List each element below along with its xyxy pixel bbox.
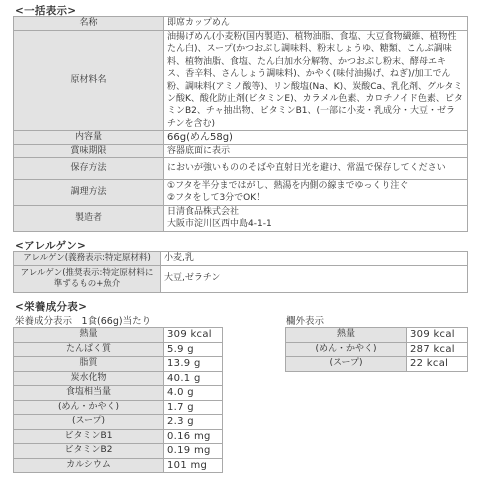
table-row: アレルゲン(推奨表示:特定原材料に準ずるもの+魚介 大豆,ゼラチン bbox=[14, 266, 468, 293]
nutrient-label: カルシウム bbox=[14, 458, 164, 473]
nutrition-outside-caption: 欄外表示 bbox=[286, 313, 324, 327]
nutrient-value: 4.0 g bbox=[164, 386, 223, 401]
nutrient-value: 2.3 g bbox=[164, 415, 223, 430]
nutrient-label: 熱量 bbox=[286, 328, 407, 343]
row-value-best-before: 容器底面に表示 bbox=[164, 145, 468, 158]
table-row: アレルゲン(義務表示:特定原材料) 小麦,乳 bbox=[14, 252, 468, 266]
nutrient-value: 22 kcal bbox=[407, 357, 468, 372]
row-label-cooking: 調理方法 bbox=[14, 180, 164, 206]
row-value-storage: においが強いもののそばや直射日光を避け、常温で保存してください bbox=[164, 158, 468, 180]
nutrient-label: 炭水化物 bbox=[14, 371, 164, 386]
nutrient-label: ビタミンB2 bbox=[14, 444, 164, 459]
row-label-name: 名称 bbox=[14, 17, 164, 31]
table-row: 保存方法 においが強いもののそばや直射日光を避け、常温で保存してください bbox=[14, 158, 468, 180]
table-row: (めん・かやく)1.7 g bbox=[14, 400, 223, 415]
row-label-best-before: 賞味期限 bbox=[14, 145, 164, 158]
table-row: ビタミンB20.19 mg bbox=[14, 444, 223, 459]
nutrition-outside-table: 熱量309 kcal (めん・かやく)287 kcal (スープ)22 kcal bbox=[285, 327, 468, 372]
table-row: ビタミンB10.16 mg bbox=[14, 429, 223, 444]
nutrient-label: ビタミンB1 bbox=[14, 429, 164, 444]
nutrient-label: (めん・かやく) bbox=[14, 400, 164, 415]
table-row: たんぱく質5.9 g bbox=[14, 342, 223, 357]
nutrient-label: (スープ) bbox=[14, 415, 164, 430]
row-label-manufacturer: 製造者 bbox=[14, 206, 164, 232]
nutrient-value: 287 kcal bbox=[407, 342, 468, 357]
table-row: カルシウム101 mg bbox=[14, 458, 223, 473]
nutrient-label: 熱量 bbox=[14, 328, 164, 343]
nutrient-value: 13.9 g bbox=[164, 357, 223, 372]
row-value-allergen-mandatory: 小麦,乳 bbox=[161, 252, 468, 266]
nutrient-value: 5.9 g bbox=[164, 342, 223, 357]
table-row: (めん・かやく)287 kcal bbox=[286, 342, 468, 357]
table-row: 内容量 66g(めん58g) bbox=[14, 131, 468, 145]
row-value-manufacturer: 日清食品株式会社 大阪市淀川区西中島4-1-1 bbox=[164, 206, 468, 232]
nutrient-value: 40.1 g bbox=[164, 371, 223, 386]
table-row: (スープ)2.3 g bbox=[14, 415, 223, 430]
table-row: (スープ)22 kcal bbox=[286, 357, 468, 372]
table-row: 原材料名 油揚げめん(小麦粉(国内製造)、植物油脂、食塩、大豆食物繊維、植物性た… bbox=[14, 31, 468, 131]
row-value-cooking: ①フタを半分まではがし、熱湯を内側の線までゆっくり注ぐ ②フタをして3分でOK！ bbox=[164, 180, 468, 206]
nutrient-label: 食塩相当量 bbox=[14, 386, 164, 401]
row-value-name: 即席カップめん bbox=[164, 17, 468, 31]
nutrient-value: 101 mg bbox=[164, 458, 223, 473]
summary-table: 名称 即席カップめん 原材料名 油揚げめん(小麦粉(国内製造)、植物油脂、食塩、… bbox=[13, 16, 468, 232]
nutrition-main-caption: 栄養成分表示 1食(66g)当たり bbox=[15, 313, 151, 327]
table-row: 熱量309 kcal bbox=[14, 328, 223, 343]
table-row: 熱量309 kcal bbox=[286, 328, 468, 343]
nutrient-label: たんぱく質 bbox=[14, 342, 164, 357]
nutrient-value: 1.7 g bbox=[164, 400, 223, 415]
table-row: 脂質13.9 g bbox=[14, 357, 223, 372]
nutrient-label: 脂質 bbox=[14, 357, 164, 372]
nutrient-label: (めん・かやく) bbox=[286, 342, 407, 357]
row-label-ingredients: 原材料名 bbox=[14, 31, 164, 131]
nutrient-value: 309 kcal bbox=[164, 328, 223, 343]
nutrient-value: 309 kcal bbox=[407, 328, 468, 343]
table-row: 調理方法 ①フタを半分まではがし、熱湯を内側の線までゆっくり注ぐ ②フタをして3… bbox=[14, 180, 468, 206]
nutrient-label: (スープ) bbox=[286, 357, 407, 372]
table-row: 製造者 日清食品株式会社 大阪市淀川区西中島4-1-1 bbox=[14, 206, 468, 232]
row-label-allergen-mandatory: アレルゲン(義務表示:特定原材料) bbox=[14, 252, 161, 266]
table-row: 炭水化物40.1 g bbox=[14, 371, 223, 386]
row-label-allergen-recommended: アレルゲン(推奨表示:特定原材料に準ずるもの+魚介 bbox=[14, 266, 161, 293]
row-value-net-content: 66g(めん58g) bbox=[164, 131, 468, 145]
row-label-storage: 保存方法 bbox=[14, 158, 164, 180]
nutrition-main-table: 熱量309 kcal たんぱく質5.9 g 脂質13.9 g 炭水化物40.1 … bbox=[13, 327, 223, 473]
row-value-ingredients: 油揚げめん(小麦粉(国内製造)、植物油脂、食塩、大豆食物繊維、植物性たん白)、ス… bbox=[164, 31, 468, 131]
nutrient-value: 0.19 mg bbox=[164, 444, 223, 459]
row-label-net-content: 内容量 bbox=[14, 131, 164, 145]
table-row: 賞味期限 容器底面に表示 bbox=[14, 145, 468, 158]
table-row: 名称 即席カップめん bbox=[14, 17, 468, 31]
row-value-allergen-recommended: 大豆,ゼラチン bbox=[161, 266, 468, 293]
allergen-table: アレルゲン(義務表示:特定原材料) 小麦,乳 アレルゲン(推奨表示:特定原材料に… bbox=[13, 251, 468, 293]
nutrition-section-title: <栄養成分表> bbox=[15, 299, 87, 314]
nutrient-value: 0.16 mg bbox=[164, 429, 223, 444]
table-row: 食塩相当量4.0 g bbox=[14, 386, 223, 401]
